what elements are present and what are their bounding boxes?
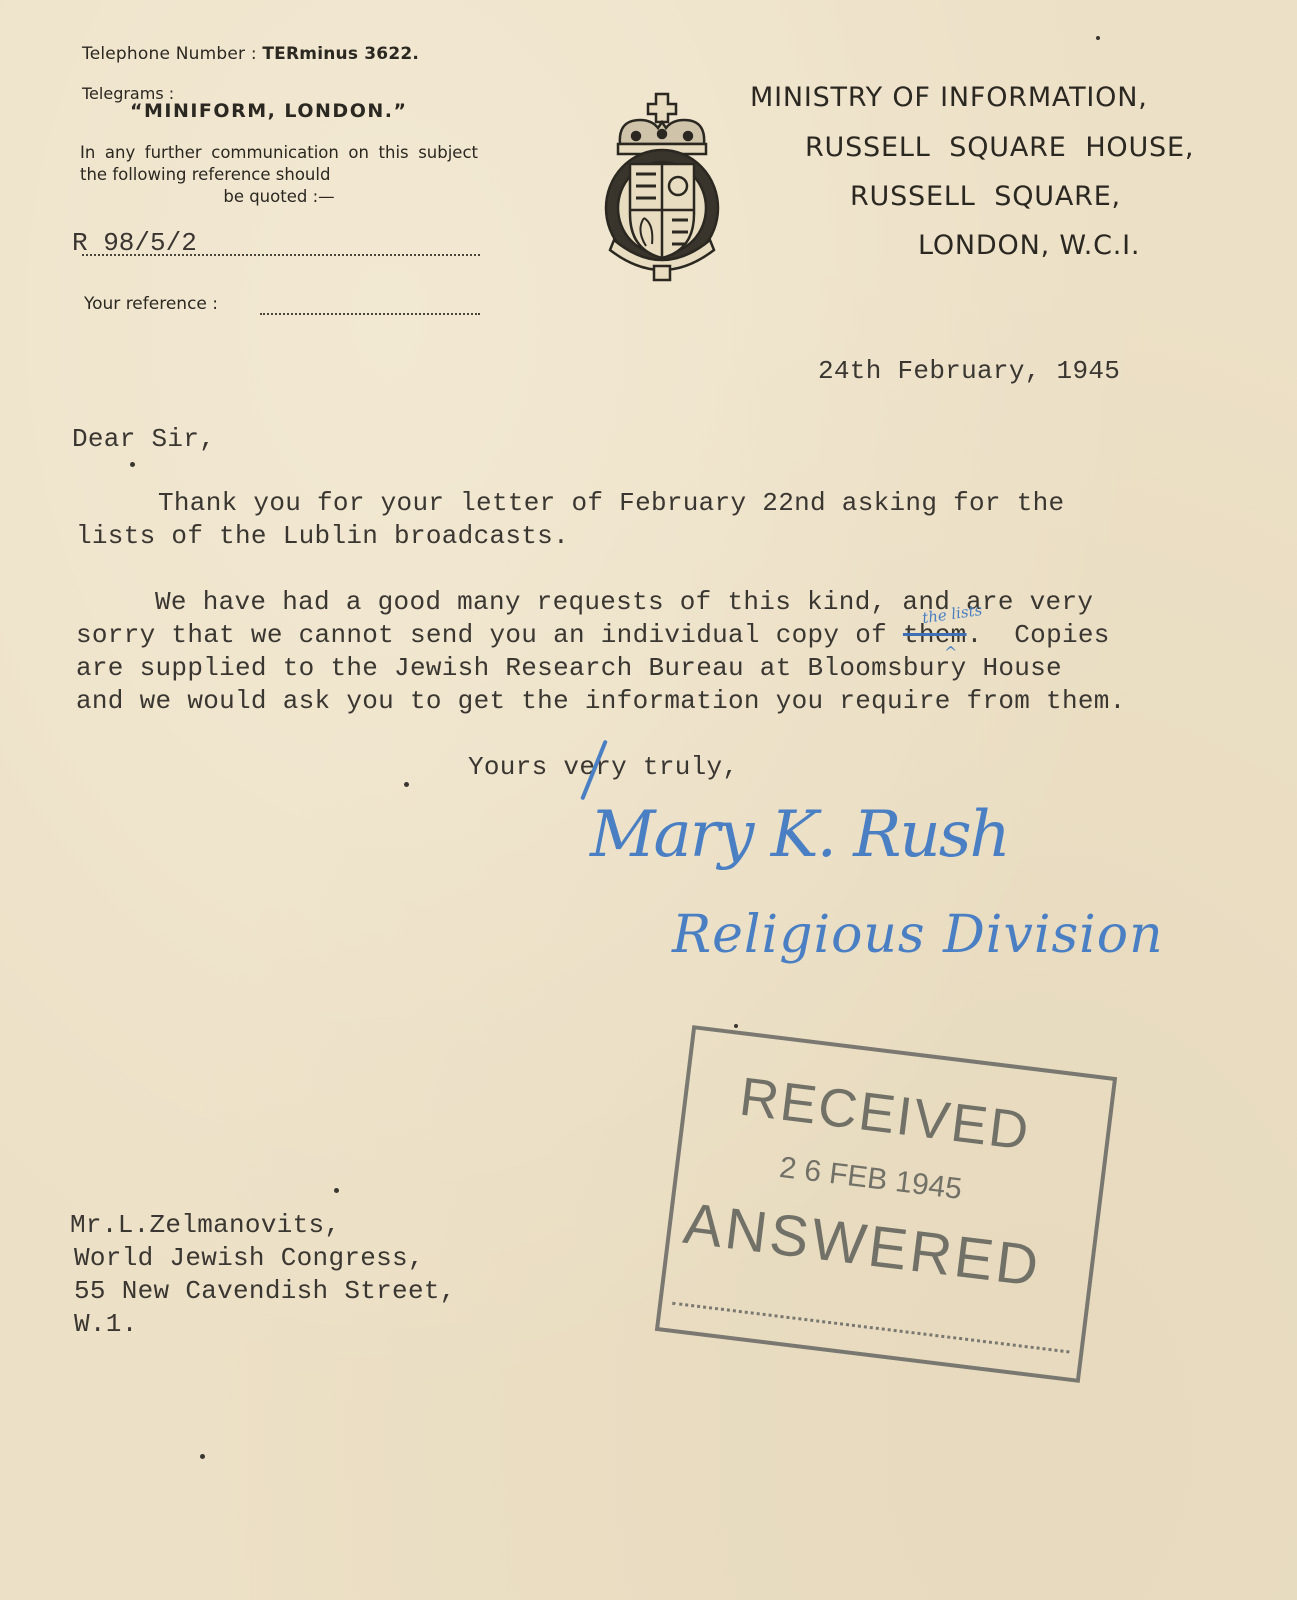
organization-name: MINISTRY OF INFORMATION, [750,82,1220,113]
stamp-received-label: RECEIVED [736,1066,1033,1163]
address-line: RUSSELL SQUARE HOUSE, [805,132,1275,163]
insertion-caret: ^ [944,643,957,662]
telegrams-address: “MINIFORM, LONDON.” [130,100,407,122]
telephone-number: TERminus 3622. [262,44,419,64]
letter-date: 24th February, 1945 [818,356,1120,386]
recipient-address-line: W.1. [74,1309,138,1339]
address-line: RUSSELL SQUARE, [850,181,1297,212]
received-answered-stamp: RECEIVED 2 6 FEB 1945 ANSWERED [655,1025,1117,1383]
our-reference-value: R 98/5/2 [72,228,197,258]
stamp-answered-label: ANSWERED [680,1190,1045,1300]
telephone-label: Telephone Number : [82,44,257,64]
salutation: Dear Sir, [72,424,215,454]
royal-coat-of-arms-icon [592,72,716,268]
our-reference-field: R 98/5/2 [72,228,480,258]
signature: Mary K. Rush [590,798,1009,872]
paper-speck [130,462,135,467]
body-text: . Copies [967,620,1110,650]
reference-instructions: In any further communication on this sub… [80,142,478,208]
reference-instructions-main: In any further communication on this sub… [80,143,478,184]
paper-speck [1096,36,1100,40]
body-line: Thank you for your letter of February 22… [158,488,1064,518]
recipient-address-line: World Jewish Congress, [74,1243,424,1273]
dotted-rule [260,313,480,315]
address-line: LONDON, W.C.I. [918,230,1297,261]
telephone-line: Telephone Number : TERminus 3622. [82,44,419,64]
your-reference-field: Your reference : [84,294,480,320]
body-line: lists of the Lublin broadcasts. [76,521,569,551]
paper-speck [734,1024,738,1028]
closing: Yours very truly, [468,752,738,782]
signature-title: Religious Division [672,905,1164,965]
paper-speck [200,1454,205,1459]
recipient-address-line: 55 New Cavendish Street, [74,1276,456,1306]
your-reference-label: Your reference : [84,294,218,314]
recipient-name: Mr.L.Zelmanovits, [70,1210,340,1240]
body-line: are supplied to the Jewish Research Bure… [76,653,1062,683]
body-text: sorry that we cannot send you an individ… [76,620,903,650]
paper-speck [334,1188,339,1193]
paper-speck [404,782,409,787]
stamp-date: 2 6 FEB 1945 [778,1151,964,1207]
body-line: and we would ask you to get the informat… [76,686,1126,716]
reference-instructions-last: be quoted :— [80,186,478,208]
